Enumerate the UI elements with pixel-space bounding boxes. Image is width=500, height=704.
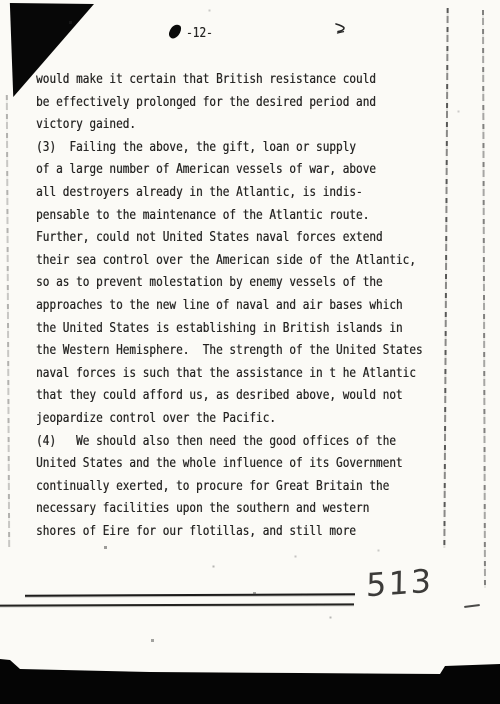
text-line: (4) We should also then need the good of… (36, 430, 423, 453)
text-line: (3) Failing the above, the gift, loan or… (36, 136, 423, 159)
text-line: would make it certain that British resis… (36, 68, 423, 91)
text-line: the United States is establishing in Bri… (36, 317, 423, 340)
text-line: that they could afford us, as desribed a… (36, 384, 423, 407)
page-number: -12- (186, 25, 213, 41)
text-line: necessary facilities upon the southern a… (36, 497, 423, 520)
text-line: naval forces is such that the assistance… (36, 362, 423, 385)
text-line: victory gained. (36, 113, 423, 136)
text-line: all destroyers already in the Atlantic, … (36, 181, 423, 204)
text-line: be effectively prolonged for the desired… (36, 91, 423, 114)
text-line: shores of Eire for our flotillas, and st… (36, 520, 423, 543)
text-line: so as to prevent molestation by enemy ve… (36, 271, 423, 294)
handwritten-page-number: 513 (366, 562, 434, 605)
text-line: Further, could not United States naval f… (36, 226, 423, 249)
ruled-line-upper (25, 593, 355, 596)
text-line: pensable to the maintenance of the Atlan… (36, 204, 423, 227)
ink-blot (167, 23, 183, 41)
scan-fold-line-left (6, 95, 10, 547)
text-line: approaches to the new line of naval and … (36, 294, 423, 317)
text-line: of a large number of American vessels of… (36, 158, 423, 181)
ruled-line-lower (0, 603, 354, 606)
scan-specks (0, 0, 1, 1)
pen-tick-mark (335, 21, 349, 36)
document-body: would make it certain that British resis… (36, 68, 500, 542)
text-line: continually exerted, to procure for Grea… (36, 475, 423, 498)
text-line: United States and the whole influence of… (36, 452, 423, 475)
ruled-line-tick (464, 604, 480, 608)
scan-bottom-border (0, 654, 500, 704)
text-line: jeopardize control over the Pacific. (36, 407, 423, 430)
document-page: -12- would make it certain that British … (0, 0, 500, 704)
text-line: the Western Hemisphere. The strength of … (36, 339, 423, 362)
text-line: their sea control over the American side… (36, 249, 423, 272)
